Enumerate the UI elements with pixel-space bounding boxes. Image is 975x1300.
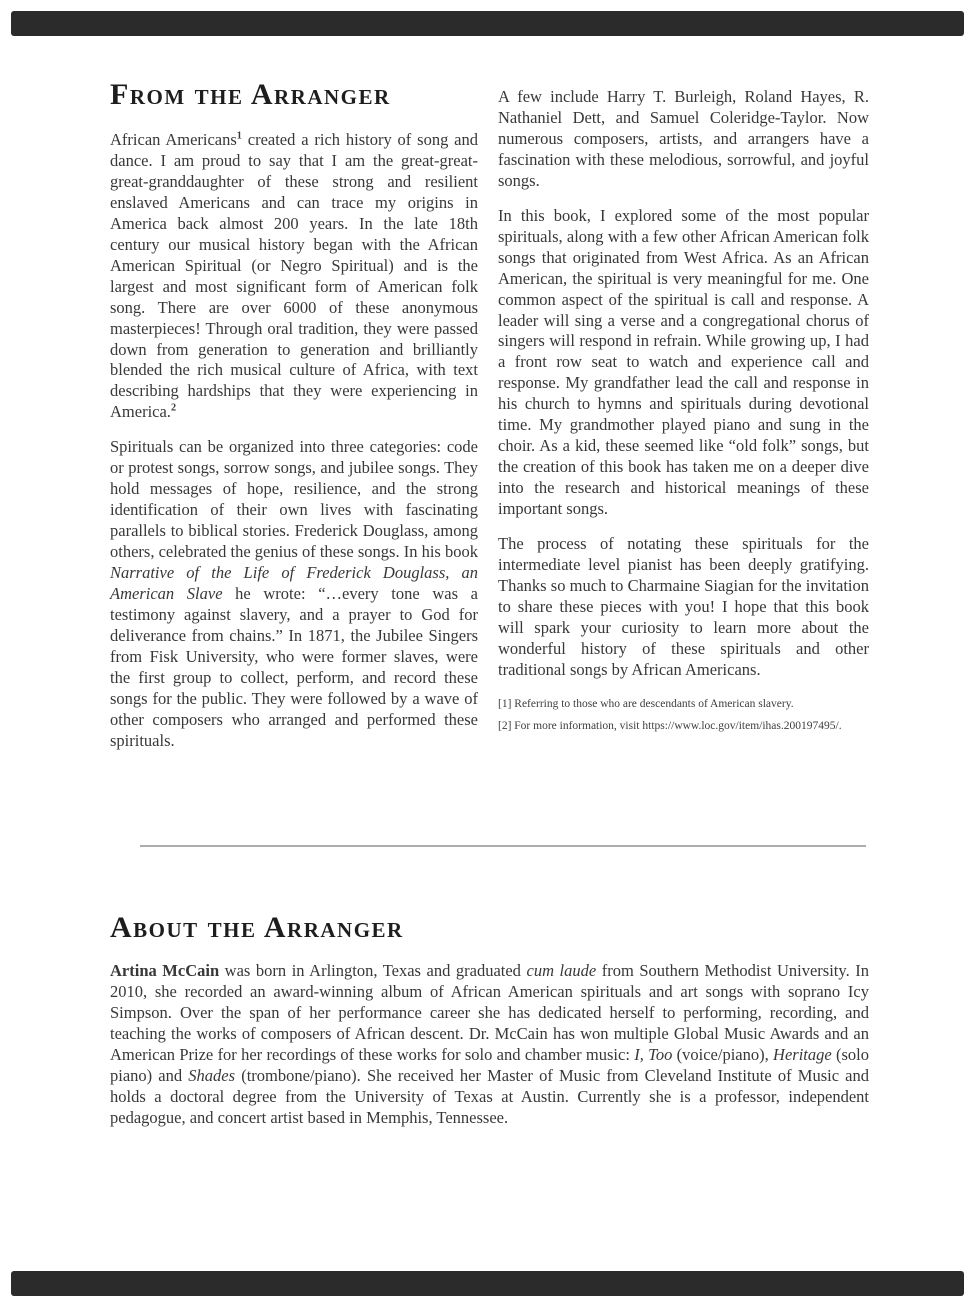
from-arranger-paragraph-2: Spirituals can be organized into three c… — [110, 437, 478, 751]
from-the-arranger-heading: From the Arranger — [110, 80, 478, 110]
document-page: From the Arranger African Americans1 cre… — [0, 0, 975, 1300]
about-arranger-paragraph: Artina McCain was born in Arlington, Tex… — [110, 961, 869, 1129]
from-arranger-paragraph-5: The process of notating these spirituals… — [498, 534, 869, 681]
page-edge-bottom — [11, 1271, 964, 1296]
from-the-arranger-section: From the Arranger African Americans1 cre… — [110, 80, 869, 766]
about-the-arranger-heading: About the Arranger — [110, 913, 869, 943]
from-arranger-paragraph-1: African Americans1 created a rich histor… — [110, 130, 478, 423]
footnote-1: [1] Referring to those who are descendan… — [498, 697, 869, 713]
section-divider — [140, 845, 866, 847]
footnotes: [1] Referring to those who are descendan… — [498, 697, 869, 735]
from-arranger-left-column: From the Arranger African Americans1 cre… — [110, 80, 478, 766]
from-arranger-right-column: A few include Harry T. Burleigh, Roland … — [498, 80, 869, 766]
about-the-arranger-section: About the Arranger Artina McCain was bor… — [110, 913, 869, 1143]
from-arranger-paragraph-3: A few include Harry T. Burleigh, Roland … — [498, 87, 869, 192]
page-edge-top — [11, 11, 964, 36]
from-arranger-paragraph-4: In this book, I explored some of the mos… — [498, 206, 869, 520]
footnote-2: [2] For more information, visit https://… — [498, 719, 869, 735]
